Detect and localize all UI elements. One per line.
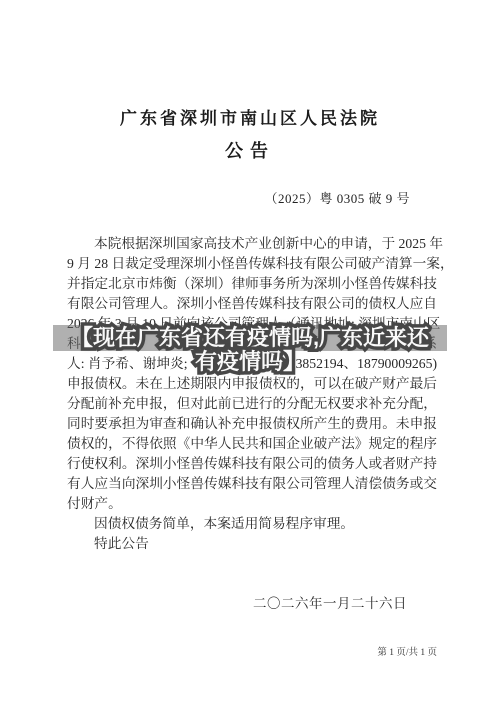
announcement-title: 公告: [0, 137, 500, 163]
body-line: 行使权利。深圳小怪兽传媒科技有限公司的债务人或者财产持: [67, 454, 437, 474]
body-line-right-fragment: 23852194、18790009265): [289, 354, 437, 374]
body-line: 并指定北京市炜衡（深圳）律师事务所为深圳小怪兽传媒科技: [67, 274, 437, 294]
body-line-partially-hidden: 人: 肖予希、谢坤炎; 23852194、18790009265): [67, 354, 437, 374]
body-line: 分配前补充申报，但对此前已进行的分配无权要求补充分配，: [67, 394, 437, 414]
body-line: 申报债权。未在上述期限内申报债权的，可以在破产财产最后: [67, 374, 437, 394]
body-line-left-fragment: 人: 肖予希、谢坤炎;: [67, 354, 188, 374]
body-line-right-fragment: 系: [423, 334, 437, 354]
body-paragraph: 本院根据深圳国家高技术产业创新中心的申请，于 2025 年 9 月 28 日裁定…: [67, 234, 437, 554]
body-line: 本院根据深圳国家高技术产业创新中心的申请，于 2025 年: [67, 234, 437, 254]
document-page: 广东省深圳市南山区人民法院 公告 （2025）粤 0305 破 9 号 本院根据…: [0, 0, 500, 706]
body-line: 特此公告: [67, 534, 437, 554]
body-line: 债权的，不得依照《中华人民共和国企业破产法》规定的程序: [67, 434, 437, 454]
body-line: 付财产。: [67, 494, 437, 514]
body-line: 因债权债务简单，本案适用简易程序审理。: [67, 514, 437, 534]
case-number: （2025）粤 0305 破 9 号: [264, 188, 410, 207]
body-line: 有限公司管理人。深圳小怪兽传媒科技有限公司的债权人应自: [67, 294, 437, 314]
body-line-partially-hidden: 科 系: [67, 334, 437, 354]
body-line: 9 月 28 日裁定受理深圳小怪兽传媒科技有限公司破产清算一案，: [67, 254, 437, 274]
body-line: 2026 年 3 月 10 日前向该公司管理人（通讯地址: 深圳市南山区: [67, 314, 437, 334]
body-line: 有人应当向深圳小怪兽传媒科技有限公司管理人清偿债务或交: [67, 474, 437, 494]
body-line: 同时要承担为审查和确认补充申报债权所产生的费用。未申报: [67, 414, 437, 434]
issue-date: 二〇二六年一月二十六日: [253, 592, 407, 612]
body-line-left-fragment: 科: [67, 334, 81, 354]
court-name: 广东省深圳市南山区人民法院: [0, 104, 500, 129]
page-indicator: 第 1 页/共 1 页: [377, 644, 437, 658]
